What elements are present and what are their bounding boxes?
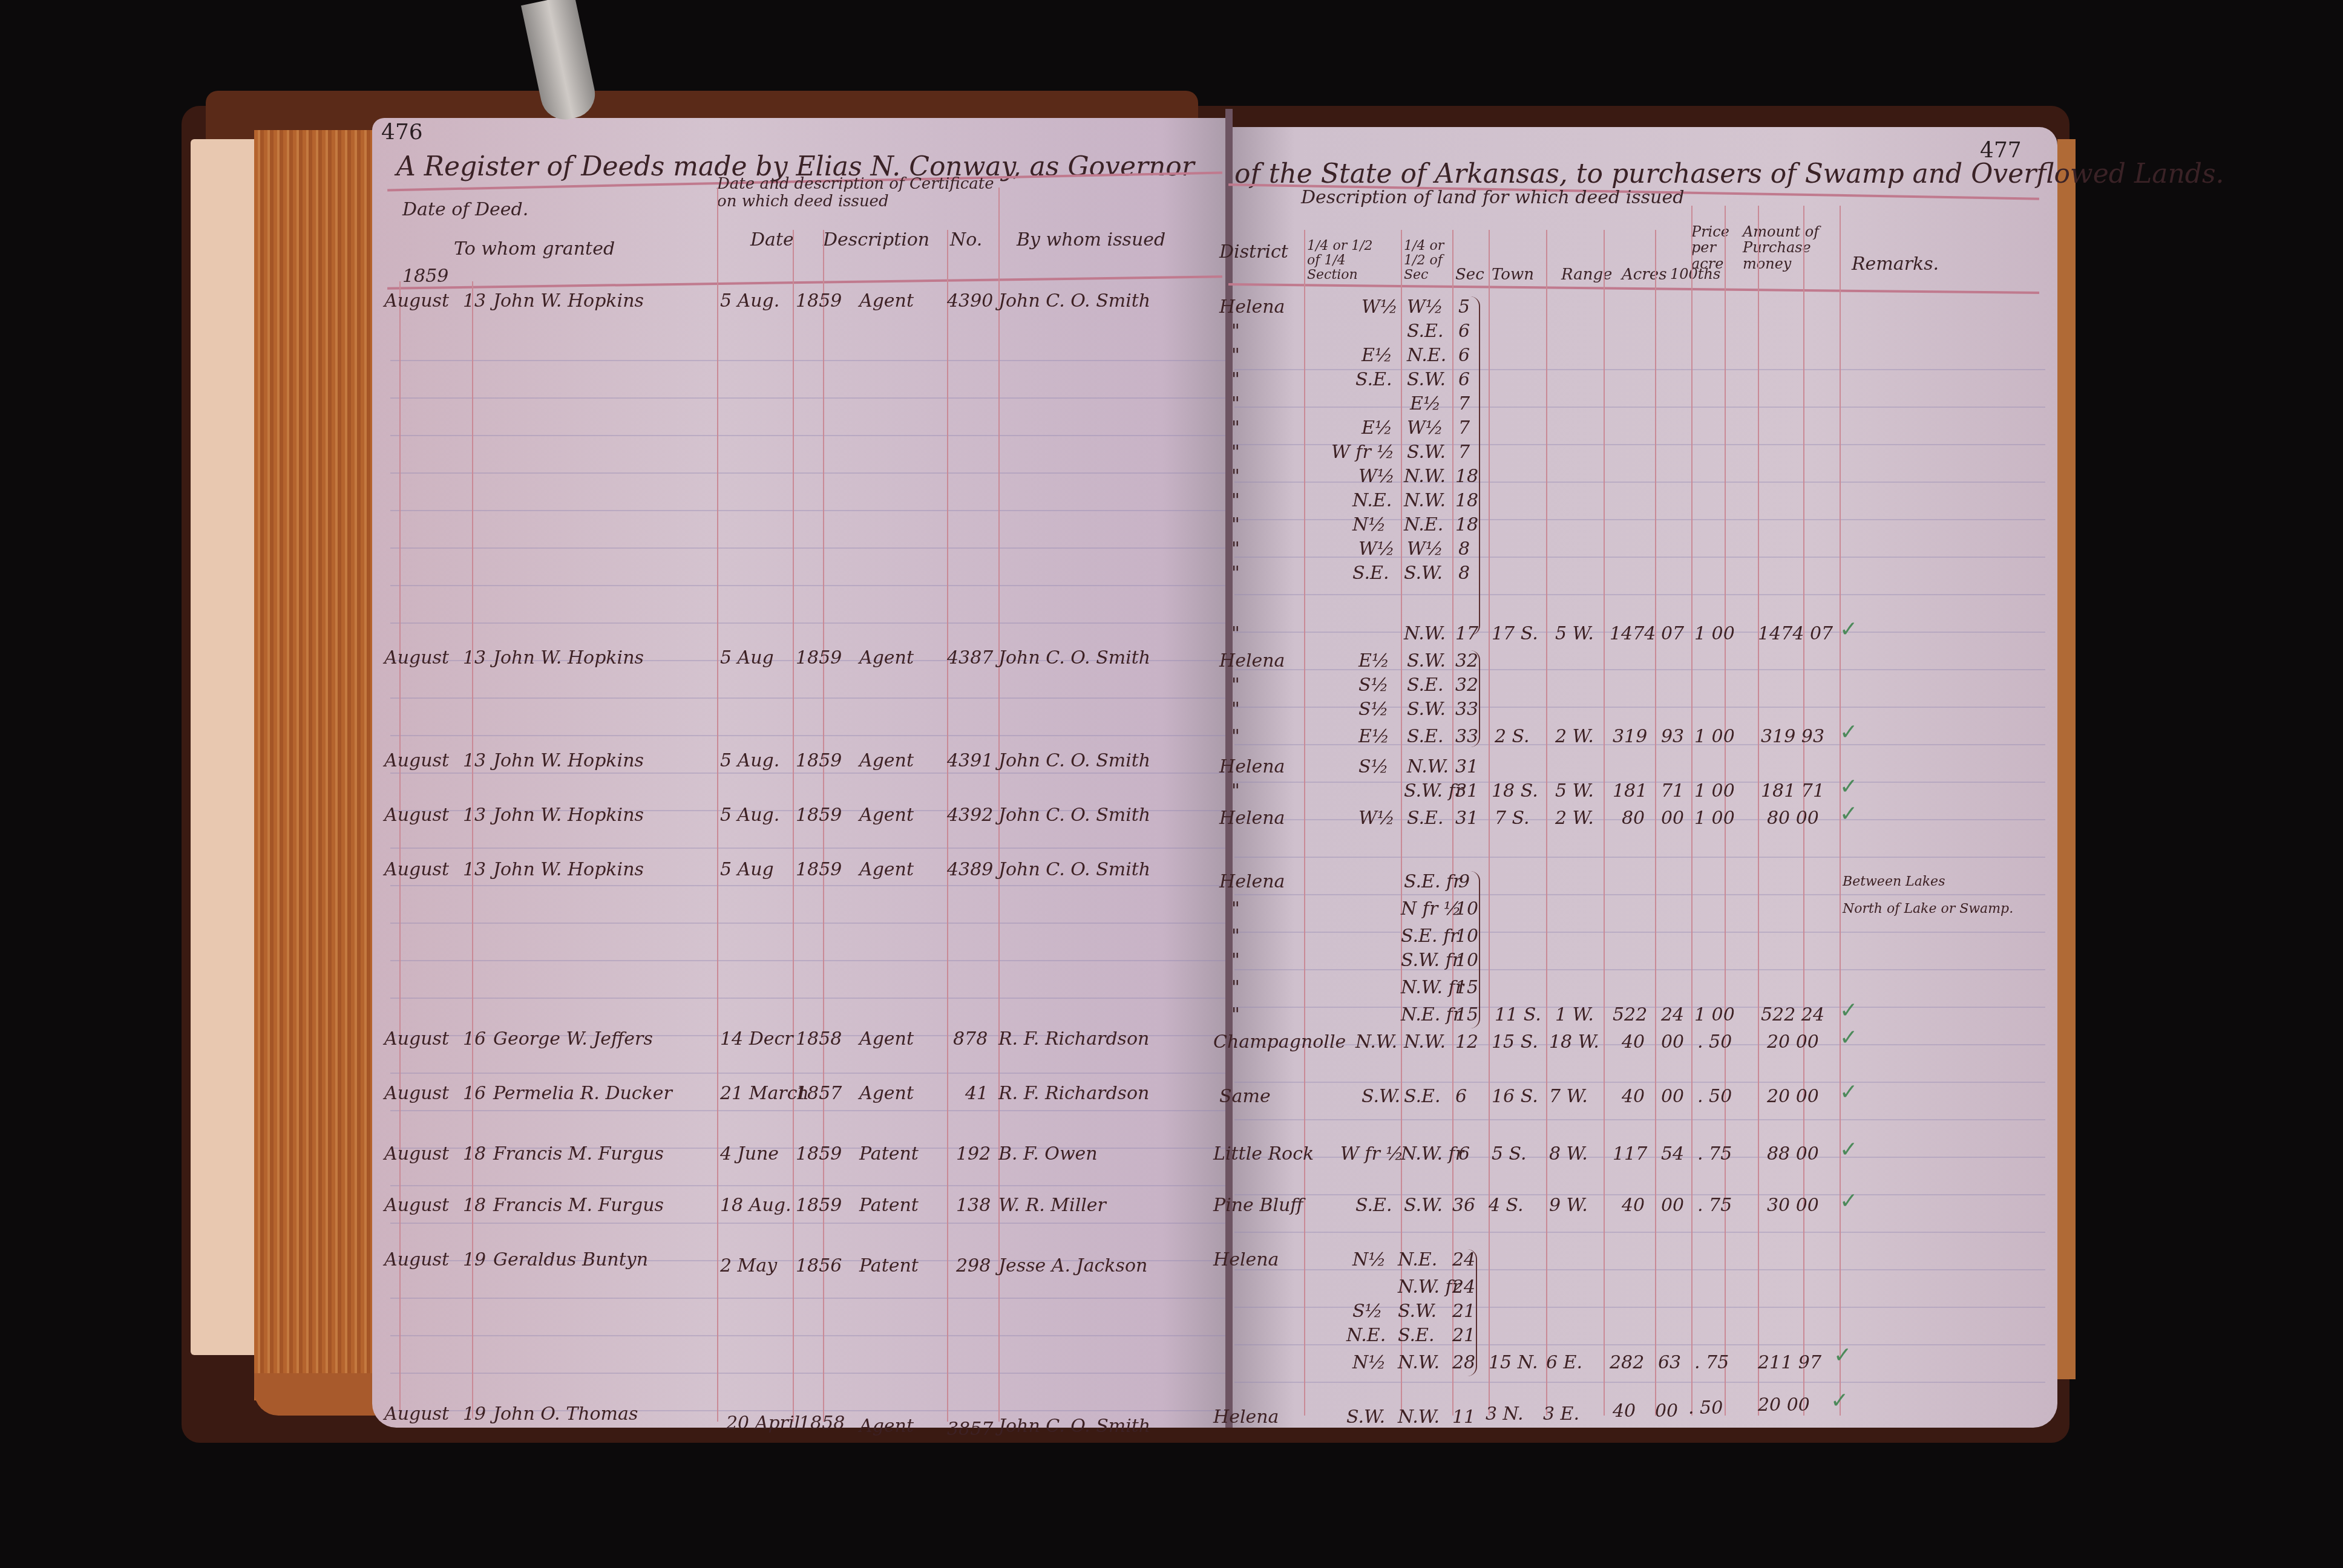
- cert-year: 1856: [796, 1255, 842, 1276]
- district: Helena: [1213, 1406, 1279, 1428]
- quarter-section: E½: [1358, 650, 1389, 671]
- district: Helena: [1219, 756, 1285, 777]
- quarter-sec: S.E.: [1404, 1086, 1440, 1107]
- acres: 522: [1613, 1004, 1647, 1025]
- quarter-section: N½: [1352, 514, 1386, 535]
- check-mark-icon: ✓: [1840, 617, 1858, 642]
- purchase-amount: 88 00: [1767, 1143, 1819, 1165]
- cert-year: 1859: [796, 290, 842, 312]
- cert-year: 1859: [796, 859, 842, 880]
- quarter-section: N.E.: [1352, 490, 1392, 511]
- deed-month: August: [384, 859, 449, 880]
- deed-day: 13: [463, 859, 486, 880]
- hundredths: 93: [1661, 726, 1684, 747]
- cert-date: 18 Aug.: [720, 1195, 791, 1216]
- district: ": [1231, 563, 1240, 584]
- price-per-acre: 1 00: [1694, 726, 1735, 747]
- quarter-sec: N.W.: [1404, 623, 1446, 644]
- cert-description: Patent: [859, 1143, 919, 1165]
- quarter-section: N.E.: [1346, 1325, 1386, 1346]
- header-sec: Sec: [1455, 266, 1484, 284]
- deed-month: August: [384, 1403, 449, 1425]
- header-cert-no: No.: [950, 230, 982, 250]
- check-mark-icon: ✓: [1840, 802, 1858, 826]
- quarter-sec: N.E.: [1407, 345, 1446, 366]
- section: 7: [1458, 393, 1470, 414]
- cert-date: 5 Aug.: [720, 290, 779, 312]
- section: 7: [1458, 417, 1470, 439]
- header-quarter-sec: 1/4 or 1/2 of Sec: [1404, 239, 1452, 283]
- district: ": [1231, 514, 1240, 535]
- grantee: Francis M. Furgus: [493, 1195, 664, 1216]
- district: ": [1231, 369, 1240, 390]
- quarter-sec: S.W.: [1407, 699, 1446, 720]
- cert-no: 298: [956, 1255, 991, 1276]
- section: 31: [1455, 808, 1478, 829]
- quarter-sec: N.E. fr: [1401, 1004, 1461, 1025]
- issued-by: John C. O. Smith: [998, 859, 1150, 880]
- section: 8: [1458, 563, 1470, 584]
- purchase-amount: 319 93: [1761, 726, 1824, 747]
- township: 15 S.: [1492, 1031, 1538, 1053]
- district: ": [1231, 442, 1240, 463]
- acres: 80: [1622, 808, 1645, 829]
- deed-day: 18: [463, 1143, 486, 1165]
- quarter-section: W½: [1358, 808, 1395, 829]
- quarter-sec: S.E. fr: [1404, 871, 1461, 892]
- quarter-sec: N.W.: [1407, 756, 1449, 777]
- right-page: [1228, 127, 2057, 1428]
- deed-day: 16: [463, 1083, 486, 1104]
- column-rule: [1691, 206, 1693, 1416]
- deed-day: 18: [463, 1195, 486, 1216]
- quarter-sec: S.W.: [1398, 1301, 1437, 1322]
- district: Helena: [1219, 650, 1285, 671]
- quarter-sec: S.W.: [1407, 650, 1446, 671]
- grantee: John W. Hopkins: [493, 859, 644, 880]
- township: 15 N.: [1489, 1352, 1538, 1373]
- price-per-acre: . 75: [1697, 1195, 1732, 1216]
- column-rule: [717, 188, 718, 1422]
- column-rule: [823, 230, 824, 1422]
- quarter-section: S½: [1352, 1301, 1383, 1322]
- price-per-acre: . 50: [1688, 1397, 1723, 1419]
- quarter-section: W½: [1358, 466, 1395, 487]
- township: 11 S.: [1495, 1004, 1541, 1025]
- district: ": [1231, 345, 1240, 366]
- township: 16 S.: [1492, 1086, 1538, 1107]
- column-rule: [1604, 230, 1605, 1416]
- acres: 40: [1622, 1031, 1645, 1053]
- district: ": [1231, 393, 1240, 414]
- header-by-whom-issued: By whom issued: [1017, 230, 1165, 250]
- header-to-whom-granted: To whom granted: [454, 239, 615, 259]
- cert-date: 5 Aug: [720, 647, 774, 668]
- district: ": [1231, 977, 1240, 998]
- cert-date: 14 Decr: [720, 1028, 793, 1050]
- quarter-sec: S.E.: [1407, 321, 1443, 342]
- district: Same: [1219, 1086, 1271, 1107]
- quarter-sec: S.W.: [1404, 1195, 1443, 1216]
- section: 6: [1458, 321, 1470, 342]
- district: Helena: [1219, 871, 1285, 892]
- quarter-sec: S.W. fr: [1401, 950, 1461, 971]
- quarter-sec: S.E.: [1398, 1325, 1434, 1346]
- check-mark-icon: ✓: [1830, 1388, 1849, 1413]
- cert-description: Agent: [859, 750, 914, 771]
- acres: 40: [1613, 1400, 1636, 1422]
- deed-month: August: [384, 1083, 449, 1104]
- check-mark-icon: ✓: [1833, 1343, 1852, 1368]
- quarter-sec: N.E.: [1404, 514, 1443, 535]
- quarter-sec: W½: [1407, 538, 1443, 560]
- cert-year: 1858: [796, 1028, 842, 1050]
- page-number-left: 476: [381, 120, 423, 145]
- quarter-sec: N.E.: [1398, 1249, 1437, 1270]
- column-rule: [1758, 206, 1759, 1416]
- cert-date: 5 Aug.: [720, 750, 779, 771]
- column-rule: [1655, 230, 1656, 1416]
- cert-no: 4390: [947, 290, 993, 312]
- grantee: Francis M. Furgus: [493, 1143, 664, 1165]
- acres: 40: [1622, 1086, 1645, 1107]
- cert-year: 1858: [799, 1413, 845, 1434]
- quarter-section: S½: [1358, 699, 1389, 720]
- range: 5 W.: [1555, 780, 1594, 802]
- cert-year: 1859: [796, 1143, 842, 1165]
- purchase-amount: 211 97: [1758, 1352, 1821, 1373]
- column-rule: [1304, 230, 1305, 1416]
- cert-description: Agent: [859, 805, 914, 826]
- quarter-section: S½: [1358, 675, 1389, 696]
- section: 6: [1458, 345, 1470, 366]
- header-certificate-group: Date and description of Certificate on w…: [717, 175, 1001, 210]
- price-per-acre: 1 00: [1694, 780, 1735, 802]
- district: ": [1231, 1004, 1240, 1025]
- quarter-section: E½: [1362, 345, 1392, 366]
- header-district: District: [1219, 242, 1288, 262]
- district: Helena: [1213, 1249, 1279, 1270]
- township: 3 N.: [1486, 1403, 1524, 1425]
- acres: 282: [1610, 1352, 1644, 1373]
- price-per-acre: 1 00: [1694, 623, 1735, 644]
- district: ": [1231, 898, 1240, 920]
- section: 9: [1458, 871, 1470, 892]
- quarter-sec: N.W. fr: [1401, 1143, 1464, 1165]
- quarter-sec: S.E.: [1407, 726, 1443, 747]
- cert-date: 4 June: [720, 1143, 779, 1165]
- quarter-section: W½: [1358, 538, 1395, 560]
- header-date-of-deed: Date of Deed.: [402, 200, 528, 220]
- cert-description: Agent: [859, 1416, 914, 1437]
- section: 36: [1452, 1195, 1475, 1216]
- range: 7 W.: [1549, 1086, 1588, 1107]
- check-mark-icon: ✓: [1840, 1025, 1858, 1050]
- acres: 181: [1613, 780, 1647, 802]
- section: 5: [1458, 296, 1470, 318]
- district: Helena: [1219, 296, 1285, 318]
- quarter-section: S.W.: [1362, 1086, 1400, 1107]
- grantee: George W. Jeffers: [493, 1028, 653, 1050]
- grantee: John O. Thomas: [493, 1403, 638, 1425]
- column-rule: [947, 230, 948, 1422]
- hundredths: 00: [1661, 1086, 1684, 1107]
- deed-month: August: [384, 1249, 449, 1270]
- acres: 1474: [1610, 623, 1656, 644]
- quarter-sec: W½: [1407, 296, 1443, 318]
- deed-month: August: [384, 805, 449, 826]
- cert-description: Agent: [859, 290, 914, 312]
- check-mark-icon: ✓: [1840, 720, 1858, 745]
- issued-by: B. F. Owen: [998, 1143, 1098, 1165]
- quarter-sec: S.E. fr: [1401, 926, 1458, 947]
- issued-by: John C. O. Smith: [998, 750, 1150, 771]
- acres: 319: [1613, 726, 1647, 747]
- grantee: John W. Hopkins: [493, 290, 644, 312]
- purchase-amount: 181 71: [1761, 780, 1824, 802]
- section: 6: [1458, 369, 1470, 390]
- deed-month: August: [384, 750, 449, 771]
- range: 2 W.: [1555, 726, 1594, 747]
- purchase-amount: 522 24: [1761, 1004, 1824, 1025]
- column-rule: [1452, 230, 1453, 1416]
- grantee: John W. Hopkins: [493, 805, 644, 826]
- remark-text: North of Lake or Swamp.: [1843, 901, 2013, 916]
- column-rule: [472, 281, 473, 1419]
- quarter-sec: N.W.: [1398, 1352, 1440, 1373]
- district: ": [1231, 623, 1240, 644]
- price-per-acre: . 75: [1694, 1352, 1729, 1373]
- quarter-section: N½: [1352, 1249, 1386, 1270]
- quarter-sec: S.W.: [1407, 369, 1446, 390]
- hundredths: 00: [1655, 1400, 1678, 1422]
- acres: 40: [1622, 1195, 1645, 1216]
- deed-month: August: [384, 1195, 449, 1216]
- hundredths: 00: [1661, 1031, 1684, 1053]
- cert-no: 4387: [947, 647, 993, 668]
- issued-by: R. F. Richardson: [998, 1083, 1149, 1104]
- deed-day: 13: [463, 647, 486, 668]
- column-rule: [793, 230, 794, 1422]
- cert-date: 2 May: [720, 1255, 777, 1276]
- district: ": [1231, 417, 1240, 439]
- grantee: Permelia R. Ducker: [493, 1083, 672, 1104]
- section: 31: [1455, 780, 1478, 802]
- cert-date: 5 Aug: [720, 859, 774, 880]
- cert-year: 1859: [796, 805, 842, 826]
- district: ": [1231, 490, 1240, 511]
- quarter-sec: E½: [1410, 393, 1441, 414]
- bracket: [1470, 650, 1480, 747]
- column-rule: [1401, 230, 1402, 1416]
- quarter-section: W fr ½: [1340, 1143, 1403, 1165]
- district: Little Rock: [1213, 1143, 1314, 1165]
- section: 12: [1455, 1031, 1478, 1053]
- cert-year: 1859: [796, 1195, 842, 1216]
- hundredths: 24: [1661, 1004, 1684, 1025]
- price-per-acre: . 50: [1697, 1086, 1732, 1107]
- purchase-amount: 1474 07: [1758, 623, 1833, 644]
- district: ": [1231, 321, 1240, 342]
- cert-description: Agent: [859, 647, 914, 668]
- district: ": [1231, 699, 1240, 720]
- bracket: [1467, 1249, 1477, 1376]
- deed-day: 19: [463, 1403, 486, 1425]
- township: 4 S.: [1489, 1195, 1524, 1216]
- header-quarter-section: 1/4 or 1/2 of 1/4 Section: [1307, 239, 1374, 283]
- range: 5 W.: [1555, 623, 1594, 644]
- cert-no: 192: [956, 1143, 991, 1165]
- price-per-acre: . 50: [1697, 1031, 1732, 1053]
- deed-day: 16: [463, 1028, 486, 1050]
- header-cert-date: Date: [750, 230, 794, 250]
- hundredths: 00: [1661, 808, 1684, 829]
- quarter-section: S.W.: [1346, 1406, 1385, 1428]
- district: ": [1231, 780, 1240, 802]
- left-page: [372, 118, 1231, 1428]
- purchase-amount: 20 00: [1767, 1086, 1819, 1107]
- header-amount: Amount of Purchase money: [1743, 224, 1821, 272]
- column-rule: [399, 281, 401, 1419]
- deed-month: August: [384, 1028, 449, 1050]
- quarter-sec: N.W. fr: [1398, 1276, 1461, 1298]
- purchase-amount: 80 00: [1767, 808, 1819, 829]
- quarter-sec: N fr ½: [1401, 898, 1461, 920]
- deed-day: 13: [463, 290, 486, 312]
- header-year: 1859: [402, 266, 448, 286]
- quarter-sec: S.W.: [1404, 563, 1443, 584]
- quarter-section: S½: [1358, 756, 1389, 777]
- purchase-amount: 30 00: [1767, 1195, 1819, 1216]
- hundredths: 54: [1661, 1143, 1684, 1165]
- grantee: John W. Hopkins: [493, 750, 644, 771]
- quarter-section: E½: [1358, 726, 1389, 747]
- title-right: of the State of Arkansas, to purchasers …: [1234, 158, 2224, 189]
- cert-description: Agent: [859, 1028, 914, 1050]
- quarter-section: S.E.: [1355, 369, 1392, 390]
- purchase-amount: 20 00: [1767, 1031, 1819, 1053]
- quarter-sec: N.W.: [1404, 466, 1446, 487]
- grantee: Geraldus Buntyn: [493, 1249, 648, 1270]
- cert-no: 4391: [947, 750, 993, 771]
- quarter-sec: N.W.: [1404, 490, 1446, 511]
- district: ": [1231, 926, 1240, 947]
- check-mark-icon: ✓: [1840, 774, 1858, 799]
- section: 6: [1458, 1143, 1470, 1165]
- district: ": [1231, 538, 1240, 560]
- purchase-amount: 20 00: [1758, 1394, 1810, 1416]
- quarter-sec: N.W. fr: [1401, 977, 1464, 998]
- header-price-per-acre: Price per acre: [1691, 224, 1734, 272]
- issued-by: R. F. Richardson: [998, 1028, 1149, 1050]
- issued-by: Jesse A. Jackson: [998, 1255, 1147, 1276]
- quarter-sec: W½: [1407, 417, 1443, 439]
- range: 8 W.: [1549, 1143, 1588, 1165]
- issued-by: W. R. Miller: [998, 1195, 1106, 1216]
- quarter-section: W½: [1362, 296, 1398, 318]
- issued-by: John C. O. Smith: [998, 647, 1150, 668]
- cert-description: Patent: [859, 1195, 919, 1216]
- check-mark-icon: ✓: [1840, 1080, 1858, 1105]
- range: 18 W.: [1549, 1031, 1599, 1053]
- quarter-section: W fr ½: [1331, 442, 1394, 463]
- cert-year: 1857: [796, 1083, 842, 1104]
- cert-date: 5 Aug.: [720, 805, 779, 826]
- deed-month: August: [384, 290, 449, 312]
- cert-no: 138: [956, 1195, 991, 1216]
- deed-month: August: [384, 647, 449, 668]
- district: ": [1231, 466, 1240, 487]
- page-edges: [254, 130, 375, 1400]
- district: ": [1231, 950, 1240, 971]
- quarter-section: E½: [1362, 417, 1392, 439]
- price-per-acre: 1 00: [1694, 808, 1735, 829]
- bracket: [1470, 871, 1480, 1028]
- check-mark-icon: ✓: [1840, 1189, 1858, 1214]
- township: 2 S.: [1495, 726, 1530, 747]
- header-cert-description: Description: [823, 230, 929, 250]
- column-rule: [1489, 230, 1490, 1416]
- cert-no: 4392: [947, 805, 993, 826]
- remark-text: Between Lakes: [1843, 874, 1945, 889]
- header-acres: Acres: [1622, 266, 1667, 284]
- header-remarks: Remarks.: [1852, 254, 1939, 274]
- range: 1 W.: [1555, 1004, 1594, 1025]
- township: 5 S.: [1492, 1143, 1527, 1165]
- cert-description: Agent: [859, 859, 914, 880]
- range: 9 W.: [1549, 1195, 1588, 1216]
- range: 6 E.: [1546, 1352, 1582, 1373]
- deed-day: 13: [463, 750, 486, 771]
- section: 6: [1455, 1086, 1467, 1107]
- quarter-sec: N.W.: [1398, 1406, 1440, 1428]
- issued-by: John C. O. Smith: [998, 1416, 1150, 1437]
- issued-by: John C. O. Smith: [998, 290, 1150, 312]
- quarter-section: S.E.: [1355, 1195, 1392, 1216]
- price-per-acre: 1 00: [1694, 1004, 1735, 1025]
- quarter-section: S.E.: [1352, 563, 1389, 584]
- cert-no: 4389: [947, 859, 993, 880]
- cert-year: 1859: [796, 750, 842, 771]
- quarter-section: N½: [1352, 1352, 1386, 1373]
- section: 8: [1458, 538, 1470, 560]
- price-per-acre: . 75: [1697, 1143, 1732, 1165]
- acres: 117: [1613, 1143, 1647, 1165]
- range: 3 E.: [1543, 1403, 1579, 1425]
- quarter-sec: S.W.: [1407, 442, 1446, 463]
- hundredths: 00: [1661, 1195, 1684, 1216]
- deed-day: 19: [463, 1249, 486, 1270]
- cert-description: Patent: [859, 1255, 919, 1276]
- header-town: Town: [1492, 266, 1534, 284]
- township: 17 S.: [1492, 623, 1538, 644]
- issued-by: John C. O. Smith: [998, 805, 1150, 826]
- township: 7 S.: [1495, 808, 1530, 829]
- deed-month: August: [384, 1143, 449, 1165]
- district: Helena: [1219, 808, 1285, 829]
- quarter-sec: S.E.: [1407, 675, 1443, 696]
- cert-year: 1859: [796, 647, 842, 668]
- quarter-sec: S.E.: [1407, 808, 1443, 829]
- section: 31: [1455, 756, 1478, 777]
- quarter-sec: N.W.: [1404, 1031, 1446, 1053]
- check-mark-icon: ✓: [1840, 1137, 1858, 1162]
- hundredths: 71: [1661, 780, 1684, 802]
- cert-no: 3857: [947, 1419, 993, 1440]
- check-mark-icon: ✓: [1840, 998, 1858, 1023]
- township: 18 S.: [1492, 780, 1538, 802]
- range: 2 W.: [1555, 808, 1594, 829]
